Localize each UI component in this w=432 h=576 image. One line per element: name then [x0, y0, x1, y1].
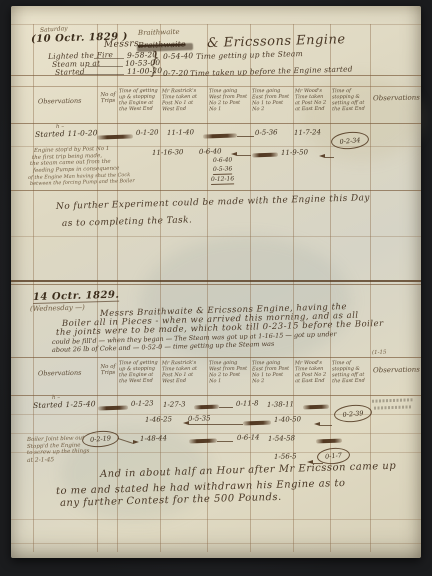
- e2-r1-start: Started 1-25-40: [33, 399, 96, 410]
- e2-col-observations: Observations: [38, 369, 96, 378]
- e2-r1-at-post2: 1-38-11: [267, 400, 294, 409]
- rule-hline: [11, 519, 421, 520]
- ink-line: [219, 407, 233, 408]
- e1-r1-to-post1: 0-1-20: [136, 128, 159, 137]
- e2-col-east-stop: Time of stopping & setting off at the Ea…: [332, 361, 368, 385]
- ink-line: [325, 157, 334, 158]
- e1-col-trips: No of Trips: [100, 92, 116, 105]
- rule-hline: [11, 395, 421, 396]
- rule-vline: [370, 24, 371, 552]
- e2-col-wood: Mr Wood's Time taken at Post No 2 at Eas…: [295, 361, 328, 385]
- e1-r1-at-post2: 11-7-24: [294, 128, 321, 137]
- e2-col-going-east: Time going East from Post No 1 to Post N…: [252, 361, 291, 385]
- e2-para-side: (1-15: [372, 350, 387, 356]
- e2-r1-at-post1: 1-27-3: [163, 400, 186, 409]
- ink-line: [217, 441, 233, 442]
- e2-col-rastrick: Mr Rastrick's Time taken at Post No 1 at…: [162, 361, 205, 385]
- rule-vline: [33, 24, 34, 552]
- e2-r3-going-east: 0-6-14: [237, 433, 260, 442]
- e1-col-wood: Mr Wood's Time taken at Post No 2 at Eas…: [295, 89, 328, 113]
- ink-line: [237, 136, 254, 137]
- rule-hline: [11, 190, 421, 191]
- ink-line: [237, 155, 251, 156]
- e1-before-start-value: 0-7-20: [163, 68, 189, 78]
- e2-margin-line: at 2-1-45: [27, 456, 54, 464]
- e2-r2-going-west: 0-5-35: [188, 414, 211, 423]
- photo-frame: Saturday (10 Octr. 1829 ) Messrs Braithw…: [0, 0, 432, 576]
- e2-col-trips: No of Trips: [100, 364, 116, 377]
- rule-hline: [11, 433, 421, 434]
- e1-sum-total: 0-12-16: [211, 175, 234, 185]
- e1-sum-a: 0-6-40: [213, 156, 233, 164]
- e1-r1-at-post1: 11-1-40: [167, 128, 194, 137]
- dash-leader: [88, 66, 123, 67]
- e1-r2-going-west: 0-6-40: [199, 147, 222, 156]
- rule-hline: [11, 357, 421, 358]
- e1-col-going-east: Time going East from Post No 1 to Post N…: [252, 89, 291, 113]
- e1-col-observations: Observations: [38, 97, 96, 106]
- e1-r2-at-west: 11-16-30: [152, 148, 184, 157]
- rule-hline-divider: [11, 280, 421, 282]
- ink-line: [189, 424, 243, 425]
- e2-r4-left-east: 1-56-5: [274, 452, 297, 461]
- e1-col-rastrick: Mr Rastrick's Time taken at Post No 1 at…: [162, 89, 205, 113]
- e1-r1-start: Started 11-0-20: [35, 128, 98, 139]
- e1-getting-steam-value: 0-54-40: [163, 51, 194, 61]
- rule-hline: [11, 86, 421, 87]
- rule-hline: [11, 543, 421, 544]
- e1-r1-going-east: 0-5-36: [255, 128, 278, 137]
- ink-line: [320, 425, 332, 426]
- brace: }: [150, 65, 157, 78]
- e1-title-messrs: Messrs: [104, 39, 139, 50]
- e2-date: 14 Octr. 1829.: [33, 290, 120, 304]
- rule-vline: [97, 24, 98, 552]
- e2-col-going-west: Time going West from Post No 2 to Post N…: [209, 361, 248, 385]
- rule-hline: [11, 236, 421, 237]
- rule-hline: [11, 24, 421, 25]
- e2-r1-going-east: 0-11-8: [236, 399, 259, 408]
- e1-title-inserted: Braithwaite: [138, 28, 180, 37]
- e1-sum-b: 0-5-36: [213, 165, 233, 175]
- e1-col-going-west: Time going West from Post No 2 to Post N…: [209, 89, 248, 113]
- e2-col-west-stop: Time of getting up & stopping the Engine…: [119, 361, 158, 385]
- dash-leader: [78, 74, 124, 75]
- e2-r1-to-post1: 0-1-23: [131, 399, 154, 408]
- e2-r3-at-post2: 1-54-58: [268, 434, 295, 443]
- e2-r2-at-west: 1-46-25: [145, 415, 172, 424]
- e2-col-observations2: Observations: [373, 366, 419, 375]
- e1-started-label: Started: [55, 67, 85, 77]
- e1-col-west-stop: Time of getting up & stopping the Engine…: [119, 89, 158, 113]
- e2-r2-left-east: 1-40-50: [274, 415, 301, 424]
- e1-col-east-stop: Time of stopping & setting off at the Ea…: [332, 89, 368, 113]
- rule-hline: [11, 123, 421, 124]
- e2-r3-left-west: 1-48-44: [140, 434, 167, 443]
- e2-day: (Wednesday —): [30, 303, 85, 313]
- arrow-right-icon: [133, 440, 139, 444]
- rule-hline: [11, 284, 421, 285]
- e1-col-observations2: Observations: [373, 94, 419, 103]
- e1-r2-left-east: 11-9-50: [281, 148, 308, 157]
